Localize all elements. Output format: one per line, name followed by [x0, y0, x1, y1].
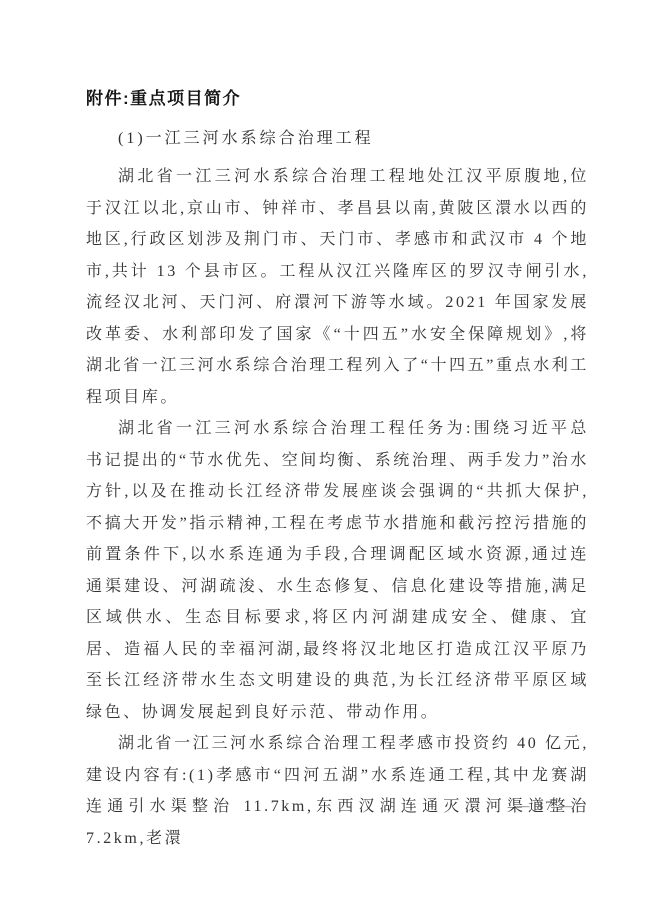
document-page: 附件:重点项目简介 (1)一江三河水系综合治理工程 湖北省一江三河水系综合治理工… — [0, 0, 650, 919]
attachment-heading: 附件:重点项目简介 — [86, 88, 589, 110]
paragraph-project-mission: 湖北省一江三河水系综合治理工程任务为:围绕习近平总书记提出的“节水优先、空间均衡… — [86, 413, 589, 728]
paragraph-project-investment: 湖北省一江三河水系综合治理工程孝感市投资约 40 亿元,建设内容有:(1)孝感市… — [86, 728, 589, 854]
section-title: (1)一江三河水系综合治理工程 — [86, 127, 589, 151]
paragraph-project-location: 湖北省一江三河水系综合治理工程地处江汉平原腹地,位于汉江以北,京山市、钟祥市、孝… — [86, 161, 589, 413]
page-number: — 87 — — [517, 798, 575, 814]
document-content: 附件:重点项目简介 (1)一江三河水系综合治理工程 湖北省一江三河水系综合治理工… — [86, 88, 589, 854]
